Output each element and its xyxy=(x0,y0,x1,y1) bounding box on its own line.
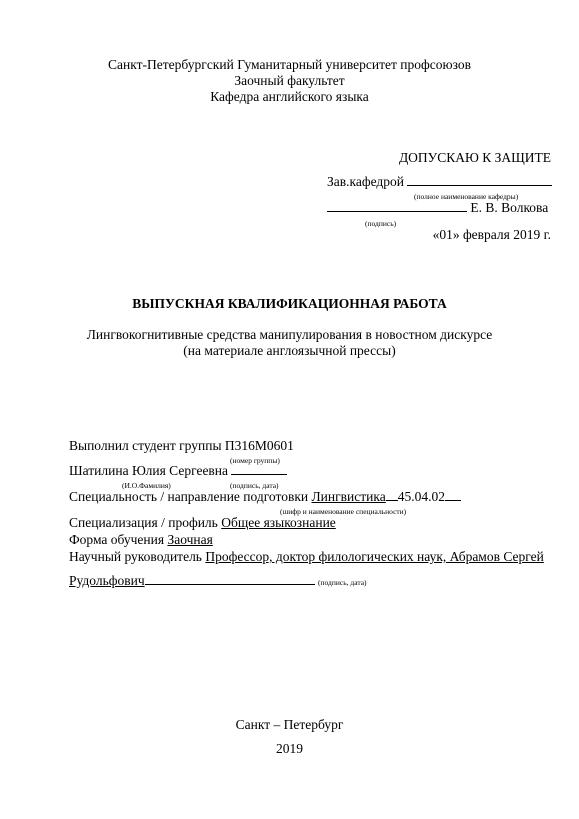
head-of-department-row: Зав.кафедрой xyxy=(327,174,552,190)
signer-row: Е. В. Волкова xyxy=(327,200,548,216)
faculty-name: Заочный факультет xyxy=(0,73,579,89)
department-name: Кафедра английского языка xyxy=(0,89,579,105)
signature-hint: (подпись) xyxy=(365,219,396,228)
city: Санкт – Петербург xyxy=(0,717,579,733)
signer-signature-line xyxy=(327,200,467,212)
supervisor-continuation-row: Рудольфович (подпись, дата) xyxy=(69,573,367,589)
supervisor-label: Научный руководитель xyxy=(69,549,202,564)
student-name: Шатилина Юлия Сергеевна xyxy=(69,463,228,478)
approval-date: «01» февраля 2019 г. xyxy=(433,227,551,243)
supervisor-line1: Профессор, доктор филологических наук, А… xyxy=(205,549,544,564)
student-name-row: Шатилина Юлия Сергеевна xyxy=(69,463,287,479)
specialty-code: 45.04.02 xyxy=(398,489,445,504)
form-value: Заочная xyxy=(167,532,212,547)
specialty-end-line xyxy=(445,489,461,501)
form-row: Форма обучения Заочная xyxy=(69,532,213,548)
student-group-row: Выполнил студент группы П316М0601 xyxy=(69,438,294,454)
specialty-gap-line xyxy=(386,489,398,501)
supervisor-hint: (подпись, дата) xyxy=(318,578,367,587)
form-label: Форма обучения xyxy=(69,532,164,547)
profile-label: Специализация / профиль xyxy=(69,515,218,530)
head-signature-line xyxy=(407,174,552,186)
student-label: Выполнил студент группы xyxy=(69,438,222,453)
profile-row: Специализация / профиль Общее языкознани… xyxy=(69,515,336,531)
work-title-line2: (на материале англоязычной прессы) xyxy=(0,343,579,359)
supervisor-signature-line xyxy=(145,573,315,585)
specialty-row: Специальность / направление подготовки Л… xyxy=(69,489,461,505)
year: 2019 xyxy=(0,741,579,757)
specialty-value: Лингвистика xyxy=(312,489,386,504)
student-signature-line xyxy=(231,463,287,475)
supervisor-row: Научный руководитель Профессор, доктор ф… xyxy=(69,549,544,565)
head-label: Зав.кафедрой xyxy=(327,174,404,189)
supervisor-line2: Рудольфович xyxy=(69,573,145,588)
profile-value: Общее языкознание xyxy=(221,515,336,530)
university-name: Санкт-Петербургский Гуманитарный универс… xyxy=(0,57,579,73)
group-number: П316М0601 xyxy=(225,438,294,453)
specialty-label: Специальность / направление подготовки xyxy=(69,489,308,504)
signer-name: Е. В. Волкова xyxy=(470,200,548,215)
work-type: ВЫПУСКНАЯ КВАЛИФИКАЦИОННАЯ РАБОТА xyxy=(0,296,579,312)
work-title-line1: Лингвокогнитивные средства манипулирован… xyxy=(0,327,579,343)
approval-title: ДОПУСКАЮ К ЗАЩИТЕ xyxy=(399,150,551,166)
